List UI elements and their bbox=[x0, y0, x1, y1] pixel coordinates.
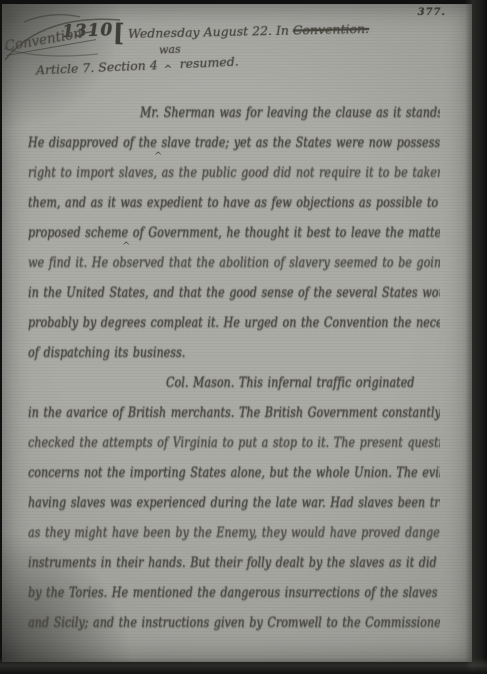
manuscript-body: Mr. Sherman was for leaving the clause a… bbox=[28, 98, 440, 638]
struck-word: Convention. bbox=[293, 21, 370, 38]
caret-mark-icon: ^ bbox=[154, 151, 162, 162]
margin-note-dash: — bbox=[80, 23, 95, 41]
scanned-page: 377. 1310 [ Wednesday August 22. In Conv… bbox=[0, 0, 487, 674]
manuscript-line: and Sicily; and the instructions given b… bbox=[28, 604, 440, 642]
caret-mark-icon: ^ bbox=[122, 241, 130, 252]
page-number: 377. bbox=[418, 7, 446, 18]
manuscript-page: 377. 1310 [ Wednesday August 22. In Conv… bbox=[2, 4, 472, 662]
